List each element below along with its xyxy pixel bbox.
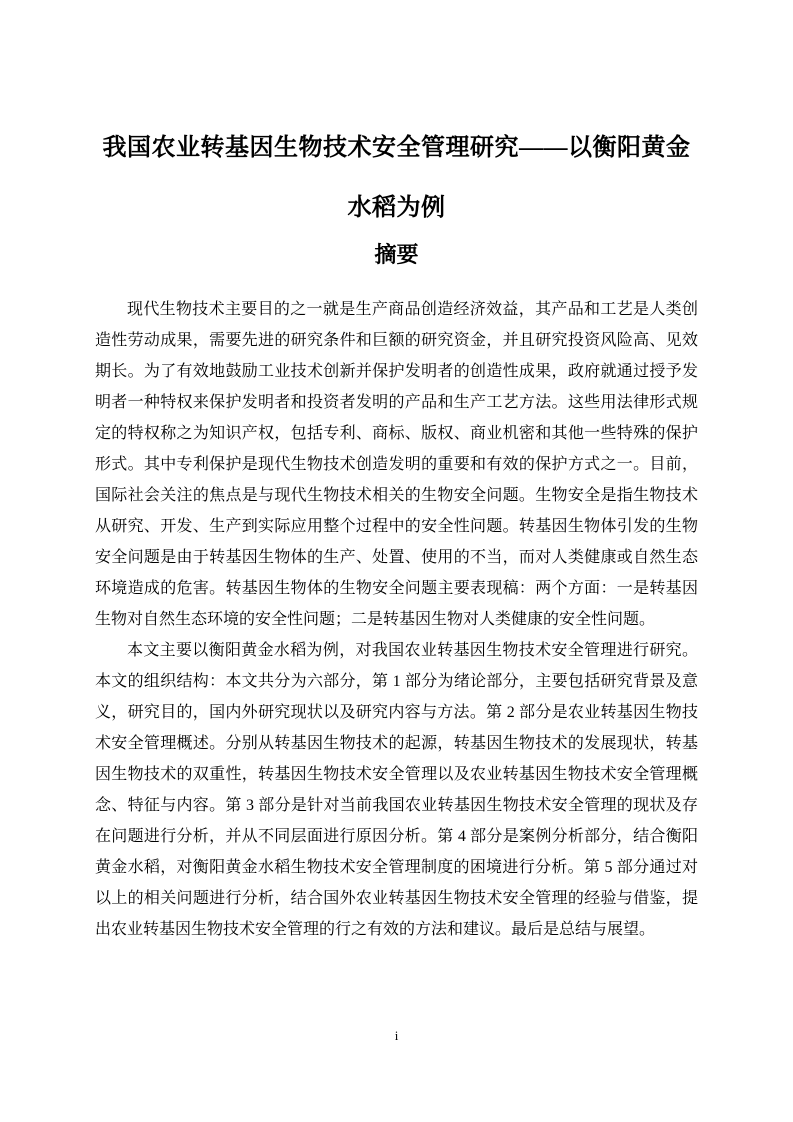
document-title: 我国农业转基因生物技术安全管理研究——以衡阳黄金水稻为例	[95, 118, 698, 238]
abstract-paragraph-2: 本文主要以衡阳黄金水稻为例，对我国农业转基因生物技术安全管理进行研究。本文的组织…	[95, 635, 698, 945]
abstract-paragraph-1: 现代生物技术主要目的之一就是生产商品创造经济效益，其产品和工艺是人类创造性劳动成…	[95, 294, 698, 635]
abstract-heading: 摘要	[95, 240, 698, 270]
page-number: i	[0, 1028, 793, 1044]
document-page: 我国农业转基因生物技术安全管理研究——以衡阳黄金水稻为例 摘要 现代生物技术主要…	[0, 0, 793, 1122]
